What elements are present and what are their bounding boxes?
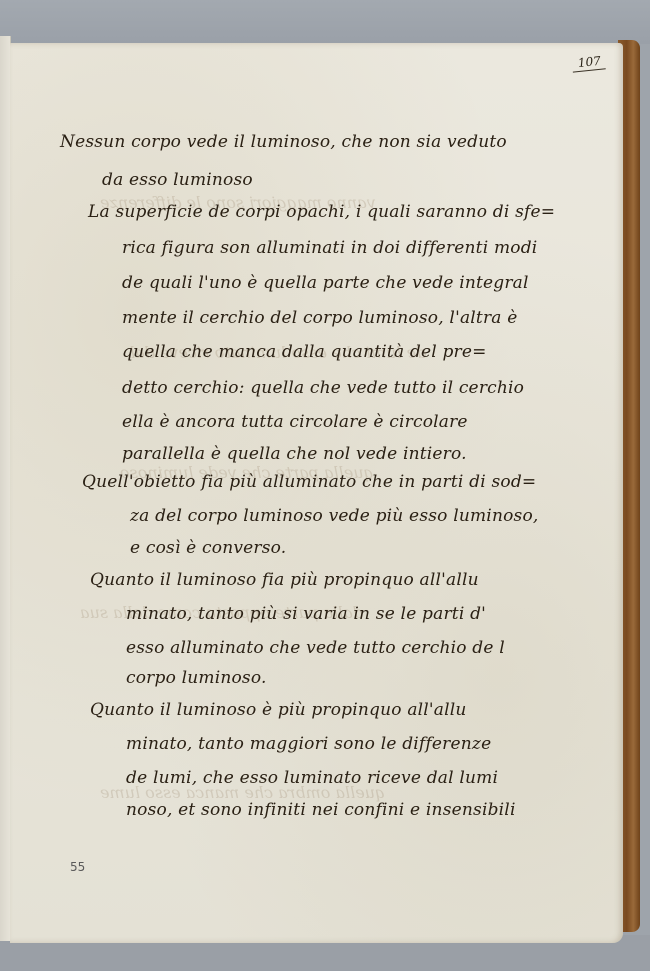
text-line: minato, tanto maggiori sono le differenz… [126, 734, 491, 754]
scan-background-top [0, 0, 650, 44]
text-line: de lumi, che esso luminato riceve dal lu… [126, 768, 498, 788]
text-line: mente il cerchio del corpo luminoso, l'a… [122, 308, 517, 328]
text-line: Quanto il luminoso è più propinquo all'a… [90, 700, 467, 720]
text-line: noso, et sono infiniti nei confini e ins… [126, 800, 516, 820]
text-line: detto cerchio: quella che vede tutto il … [122, 378, 524, 398]
text-line: Quanto il luminoso fia più propinquo all… [90, 570, 479, 590]
text-line: Nessun corpo vede il luminoso, che non s… [60, 132, 507, 152]
folio-number: 107 [571, 53, 605, 72]
text-line: za del corpo luminoso vede più esso lumi… [130, 506, 539, 526]
text-line: quella che manca dalla quantità del pre= [122, 342, 487, 362]
text-line: de quali l'uno è quella parte che vede i… [122, 273, 529, 293]
text-line: minato, tanto più si varia in se le part… [126, 604, 486, 624]
text-line: parallella è quella che nol vede intiero… [122, 444, 467, 464]
text-line: da esso luminoso [102, 170, 253, 190]
text-line: esso alluminato che vede tutto cerchio d… [126, 638, 505, 658]
marginal-pencil-note: 55 [70, 860, 85, 874]
text-line: Quell'obietto fia più alluminato che in … [82, 472, 536, 492]
text-line: ella è ancora tutta circolare è circolar… [122, 412, 468, 432]
text-line: e così è converso. [130, 538, 286, 558]
text-line: rica figura son alluminati in doi differ… [122, 238, 537, 258]
text-line: La superficie de corpi opachi, i quali s… [88, 202, 555, 222]
text-line: corpo luminoso. [126, 668, 267, 688]
